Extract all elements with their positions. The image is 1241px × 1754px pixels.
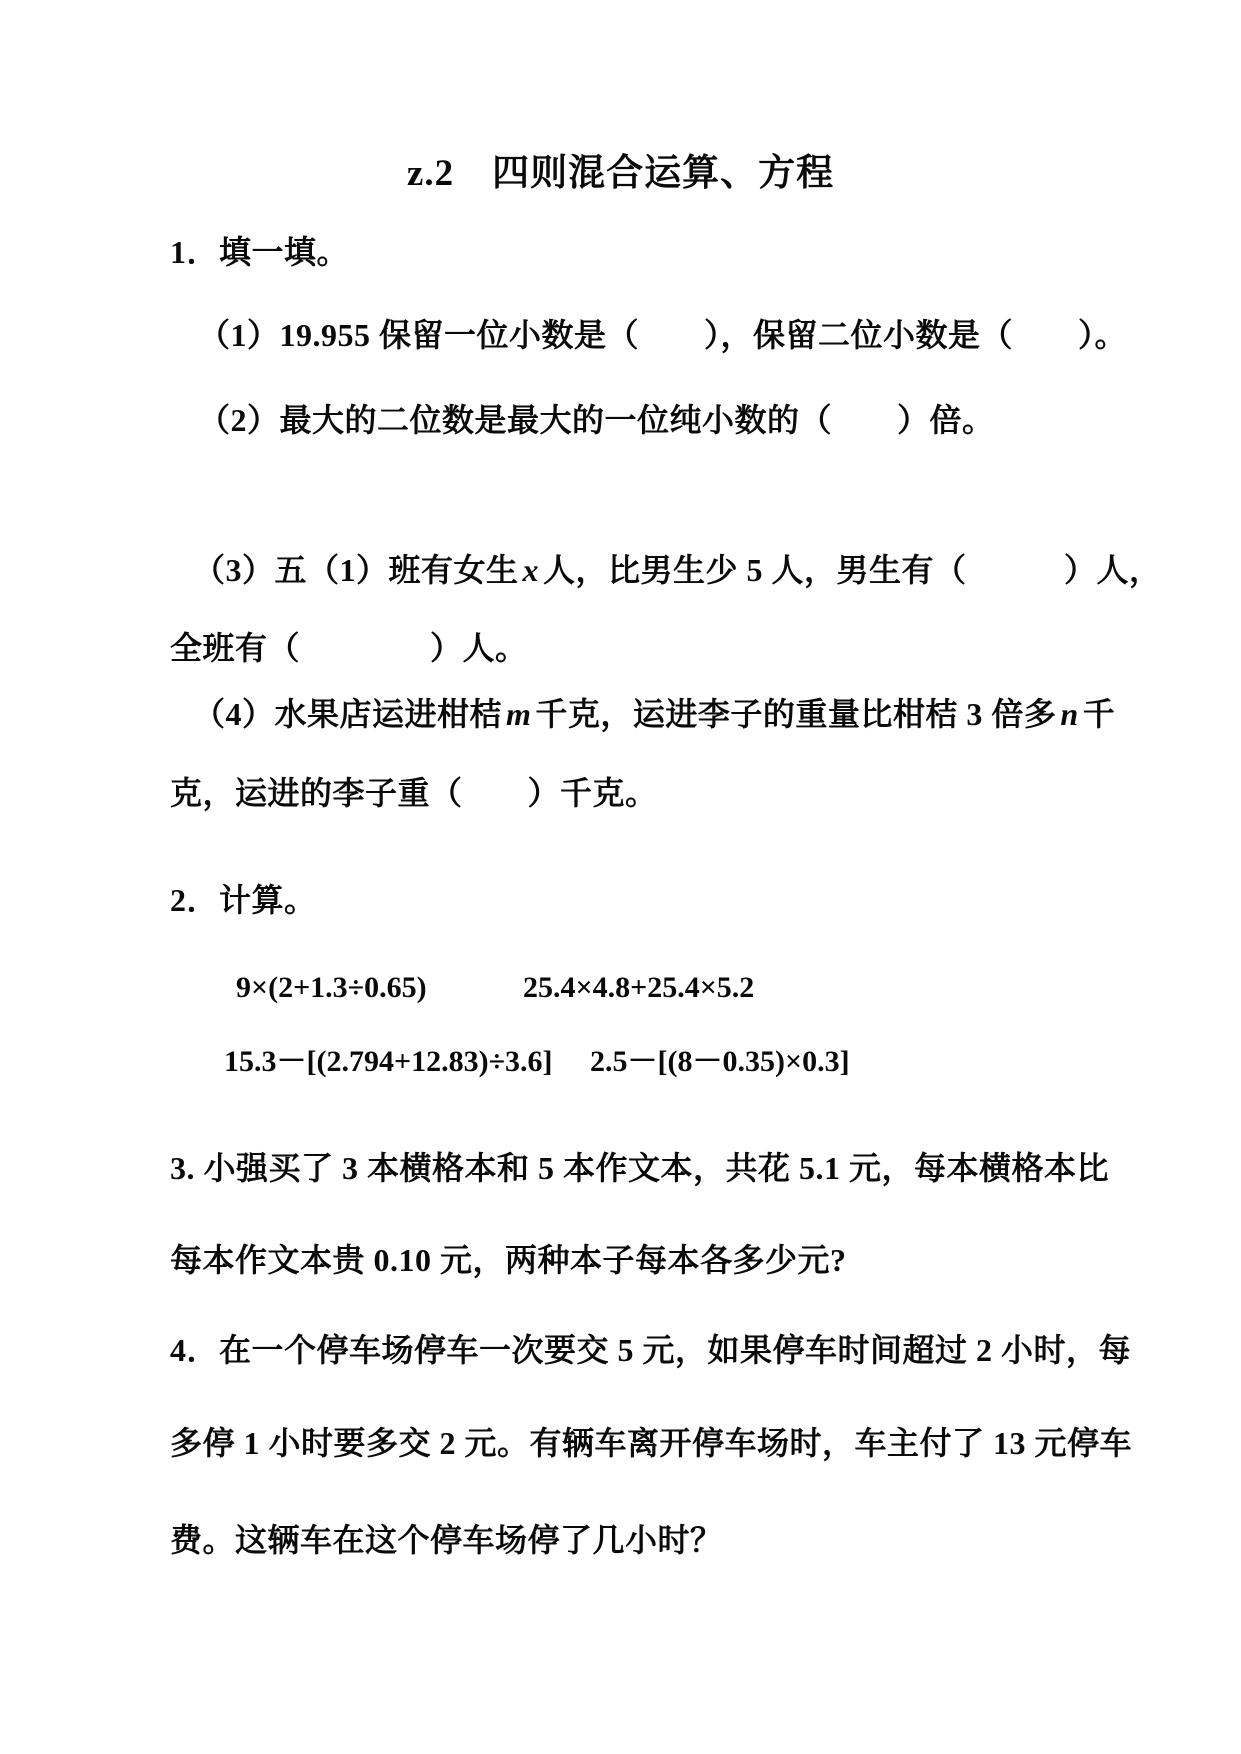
problem-4-line1: 4．在一个停车场停车一次要交 5 元，如果停车时间超过 2 小时，每 bbox=[170, 1328, 1131, 1372]
problem-3-line1: 3. 小强买了 3 本横格本和 5 本作文本，共花 5.1 元，每本横格本比 bbox=[170, 1146, 1109, 1190]
question-4-text-end: 千 bbox=[1083, 696, 1116, 732]
fill-question-2: （2）最大的二位数是最大的一位纯小数的（ ）倍。 bbox=[198, 398, 995, 442]
variable-n: n bbox=[1056, 696, 1082, 732]
calc-expression-4: 2.5－[(8－0.35)×0.3] bbox=[590, 1040, 850, 1084]
variable-m: m bbox=[502, 696, 535, 732]
fill-question-3: （3）五（1）班有女生x人，比男生少 5 人，男生有（ ）人， bbox=[193, 548, 1162, 592]
worksheet-page: z.2 四则混合运算、方程 1．填一填。 （1）19.955 保留一位小数是（ … bbox=[0, 0, 1241, 1754]
calc-expression-2: 25.4×4.8+25.4×5.2 bbox=[523, 966, 754, 1010]
fill-question-4-line2: 克，运进的李子重（ ）千克。 bbox=[170, 771, 658, 815]
variable-x: x bbox=[519, 552, 544, 588]
page-title: z.2 四则混合运算、方程 bbox=[0, 152, 1241, 196]
section1-heading: 1．填一填。 bbox=[170, 230, 349, 274]
question-4-text: （4）水果店运进柑桔 bbox=[193, 696, 502, 732]
problem-4-line2: 多停 1 小时要多交 2 元。有辆车离开停车场时，车主付了 13 元停车 bbox=[170, 1421, 1132, 1465]
question-3-text: （3）五（1）班有女生 bbox=[193, 552, 519, 588]
calc-expression-1: 9×(2+1.3÷0.65) bbox=[236, 966, 427, 1010]
problem-4-line3: 费。这辆车在这个停车场停了几小时？ bbox=[170, 1518, 723, 1562]
question-3-text-cont: 人，比男生少 5 人，男生有（ ）人， bbox=[543, 552, 1162, 588]
fill-question-4: （4）水果店运进柑桔m千克，运进李子的重量比柑桔 3 倍多n千 bbox=[193, 692, 1115, 736]
problem-3-line2: 每本作文本贵 0.10 元，两种本子每本各多少元? bbox=[170, 1238, 847, 1282]
fill-question-1: （1）19.955 保留一位小数是（ ），保留二位小数是（ ）。 bbox=[198, 313, 1127, 357]
question-4-text-mid: 千克，运进李子的重量比柑桔 3 倍多 bbox=[535, 696, 1056, 732]
section2-heading: 2．计算。 bbox=[170, 878, 317, 922]
fill-question-3-line2: 全班有（ ）人。 bbox=[170, 626, 528, 670]
calc-expression-3: 15.3－[(2.794+12.83)÷3.6] bbox=[224, 1040, 553, 1084]
